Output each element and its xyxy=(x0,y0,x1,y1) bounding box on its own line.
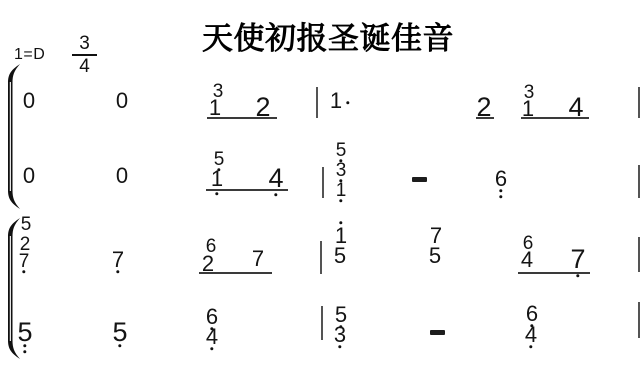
note-5: 5 xyxy=(429,245,441,267)
key-signature: 1=D xyxy=(14,46,45,64)
barline xyxy=(638,165,640,198)
note-4: 4 xyxy=(206,326,218,348)
sustain-dash xyxy=(412,177,427,182)
octave-dot-low xyxy=(529,345,532,348)
note-7: 7 xyxy=(112,249,124,271)
beam-underline xyxy=(518,272,590,274)
system-bracket xyxy=(4,218,24,359)
augmentation-dot xyxy=(346,101,349,104)
time-signature-numerator: 3 xyxy=(71,34,98,53)
barline xyxy=(638,87,640,118)
barline xyxy=(316,87,318,118)
note-6: 6 xyxy=(495,168,507,190)
octave-dot-low xyxy=(338,345,341,348)
octave-dot-low xyxy=(339,199,342,202)
note-1: 1 xyxy=(211,168,223,190)
note-4: 4 xyxy=(525,324,537,346)
barline xyxy=(638,237,640,272)
octave-dot-low xyxy=(274,193,277,196)
note-0: 0 xyxy=(23,90,35,112)
beam-underline xyxy=(199,272,272,274)
octave-dot-low xyxy=(210,347,213,350)
beam-underline xyxy=(207,117,277,119)
note-3: 3 xyxy=(334,324,346,346)
note-1: 1 xyxy=(330,90,342,112)
beam-underline xyxy=(476,117,494,119)
system-bracket xyxy=(4,64,24,209)
sustain-dash xyxy=(430,330,445,335)
octave-dot-low xyxy=(576,274,579,277)
octave-dot-low xyxy=(499,195,502,198)
time-signature-denominator: 4 xyxy=(71,57,98,76)
sheet-music-page: 1=D 3 4 天使初报圣诞佳音 00312123140051453165277… xyxy=(0,0,643,369)
note-3: 3 xyxy=(336,161,347,180)
beam-underline xyxy=(521,117,589,119)
note-4: 4 xyxy=(268,165,283,192)
note-4: 4 xyxy=(521,249,533,271)
note-0: 0 xyxy=(116,165,128,187)
beam-underline xyxy=(206,189,288,191)
note-5: 5 xyxy=(336,141,347,160)
note-5: 5 xyxy=(112,319,127,346)
octave-dot-low xyxy=(116,270,119,273)
song-title: 天使初报圣诞佳音 xyxy=(202,13,454,58)
note-0: 0 xyxy=(23,165,35,187)
note-5: 5 xyxy=(334,245,346,267)
note-7: 7 xyxy=(570,246,585,273)
note-7: 7 xyxy=(252,248,264,270)
octave-dot-low xyxy=(215,192,218,195)
barline xyxy=(320,241,322,274)
note-1: 1 xyxy=(336,181,347,200)
barline xyxy=(322,167,324,198)
barline xyxy=(321,306,323,340)
octave-dot-low xyxy=(499,189,502,192)
note-0: 0 xyxy=(116,90,128,112)
note-1: 1 xyxy=(209,97,221,119)
time-signature: 3 4 xyxy=(71,34,98,76)
barline xyxy=(638,302,640,338)
